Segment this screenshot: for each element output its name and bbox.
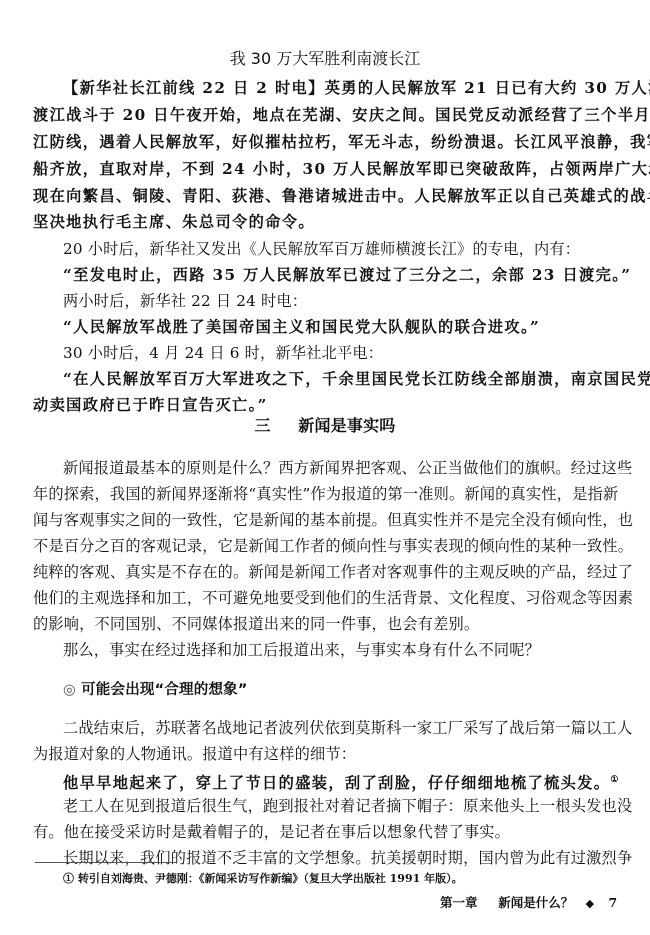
paragraph-line: 那么，事实在经过选择和加工后报道出来，与事实本身有什么不同呢？ [63,640,638,660]
paragraph-line: 老工人在见到报道后很生气，跑到报社对着记者摘下帽子：原来他头上一根头发也没 [63,796,638,816]
subsection-title: 可能会出现“合理的想象” [81,682,247,698]
page-number: 7 [608,894,617,912]
paragraph-line: 的影响，不同国别、不同媒体报道出来的同一件事，也会有差别。 [33,614,608,634]
subsection-heading: ◎ 可能会出现“合理的想象” [63,680,638,700]
page-footer: 第一章 新闻是什么？ ◆ 7 [440,894,617,913]
paragraph-line: 新闻报道最基本的原则是什么？西方新闻界把客观、公正当做他们的旗帜。经过这些 [63,458,638,478]
paragraph-line: 纯粹的客观、真实是不存在的。新闻是新闻工作者对客观事件的主观反映的产品，经过了 [33,562,608,582]
chapter-title: 新闻是什么？ [498,894,573,912]
quote-line: 他早早地起来了，穿上了节日的盛装，刮了刮脸，仔仔细细地梳了梳头发。① [63,770,638,793]
article-lead-line: 坚决地执行毛主席、朱总司令的命令。 [33,212,608,232]
paragraph-line: 他们的主观选择和加工，不可避免地要受到他们的生活背景、文化程度、习俗观念等因素 [33,588,608,608]
diamond-icon: ◆ [586,895,594,913]
quote-line: “人民解放军战胜了美国帝国主义和国民党大队舰队的联合进攻。” [63,317,638,337]
paragraph-line: 二战结束后，苏联著名战地记者波列伏依到莫斯科一家工厂采写了战后第一篇以工人 [63,718,638,738]
article-lead-line: 渡江战斗于 20 日午夜开始，地点在芜湖、安庆之间。国民党反动派经营了三个半月的… [33,105,608,125]
footnote-ref: ① [610,775,619,785]
article-lead-line: 船齐放，直取对岸，不到 24 小时，30 万人民解放军即已突破敌阵，占领两岸广大… [33,159,608,179]
article-lead-line: 江防线，遇着人民解放军，好似摧枯拉朽，军无斗志，纷纷溃退。长江风平浪静，我军万 [33,132,608,152]
narration-line: 20 小时后，新华社又发出《人民解放军百万雄师横渡长江》的专电，内有： [63,239,638,259]
footnote: ① 转引自刘海贵、尹德刚：《新闻采访写作新编》（复旦大学出版社 1991 年版）… [63,871,463,887]
article-title: 我 30 万大军胜利南渡长江 [0,49,650,69]
quote-text: 他早早地起来了，穿上了节日的盛装，刮了刮脸，仔仔细细地梳了梳头发。 [63,774,610,792]
chapter-label: 第一章 [440,894,478,912]
section-heading: 三 新闻是事实吗 [0,416,650,436]
paragraph-line: 年的探索，我国的新闻界逐渐将“真实性”作为报道的第一准则。新闻的真实性，是指新 [33,484,608,504]
paragraph-line: 有。他在接受采访时是戴着帽子的，是记者在事后以想象代替了事实。 [33,822,608,842]
paragraph-line: 闻与客观事实之间的一致性，它是新闻的基本前提。但真实性并不是完全没有倾向性，也 [33,510,608,530]
section-title: 新闻是事实吗 [298,416,395,435]
section-number: 三 [255,416,271,435]
narration-line: 30 小时后，4 月 24 日 6 时，新华社北平电： [63,343,638,363]
quote-line: “至发电时止，西路 35 万人民解放军已渡过了三分之二，余部 23 日渡完。” [63,265,638,285]
quote-line: 动卖国政府已于昨日宣告灭亡。” [33,395,608,415]
article-lead-line: 【新华社长江前线 22 日 2 时电】英勇的人民解放军 21 日已有大约 30 … [63,78,638,98]
bullet-icon: ◎ [63,682,76,698]
narration-line: 两小时后，新华社 22 日 24 时电： [63,291,638,311]
quote-line: “在人民解放军百万大军进攻之下，千余里国民党长江防线全部崩溃，南京国民党反 [63,369,638,389]
paragraph-line: 长期以来，我们的报道不乏丰富的文学想象。抗美援朝时期，国内曾为此有过激烈争 [63,848,638,868]
footnote-divider [35,862,177,863]
article-lead-line: 现在向繁昌、铜陵、青阳、荻港、鲁港诸城进击中。人民解放军正以自己英雄式的战斗， [33,186,608,206]
paragraph-line: 不是百分之百的客观记录，它是新闻工作者的倾向性与事实表现的倾向性的某种一致性。 [33,536,608,556]
book-page: 我 30 万大军胜利南渡长江 【新华社长江前线 22 日 2 时电】英勇的人民解… [0,0,650,935]
paragraph-line: 为报道对象的人物通讯。报道中有这样的细节： [33,744,608,764]
